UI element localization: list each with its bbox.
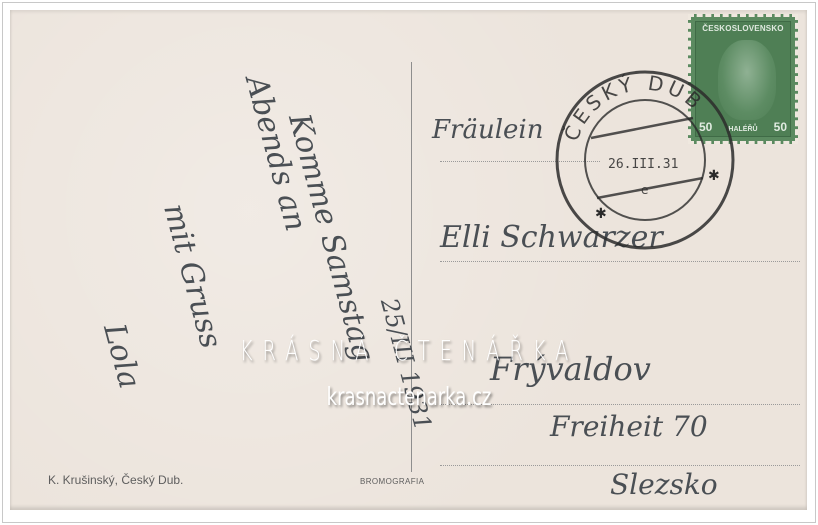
svg-text:ČESKÝ DUB: ČESKÝ DUB [559, 71, 709, 145]
address-line [440, 465, 800, 466]
address-line [440, 261, 800, 262]
address-region: Slezsko [610, 468, 718, 501]
watermark-url: krasnactenarka.cz [82, 382, 736, 411]
svg-text:✱: ✱ [595, 205, 607, 221]
svg-text:✱: ✱ [708, 167, 720, 183]
postmark-date: 26.III.31 [608, 157, 678, 172]
watermark-brand: KRÁSNÁ ČTENÁŘKA [123, 334, 696, 367]
stamp-country: ČESKOSLOVENSKO [696, 24, 790, 33]
address-street: Freiheit 70 [550, 410, 708, 443]
message-line-1: Komme Samstag [281, 110, 381, 366]
postmark-place: ČESKÝ DUB [559, 71, 709, 145]
svg-text:e: e [641, 183, 648, 197]
publisher-text: K. Krušinský, Český Dub. [48, 473, 183, 487]
address-salutation: Fräulein [432, 115, 543, 145]
message-line-3: mit Gruss [156, 200, 228, 352]
postmark-icon: ČESKÝ DUB 26.III.31 e ✱ ✱ [553, 68, 738, 253]
stamp-value-right: 50 [774, 120, 787, 134]
print-process-text: BROMOGRAFIA [360, 477, 424, 486]
